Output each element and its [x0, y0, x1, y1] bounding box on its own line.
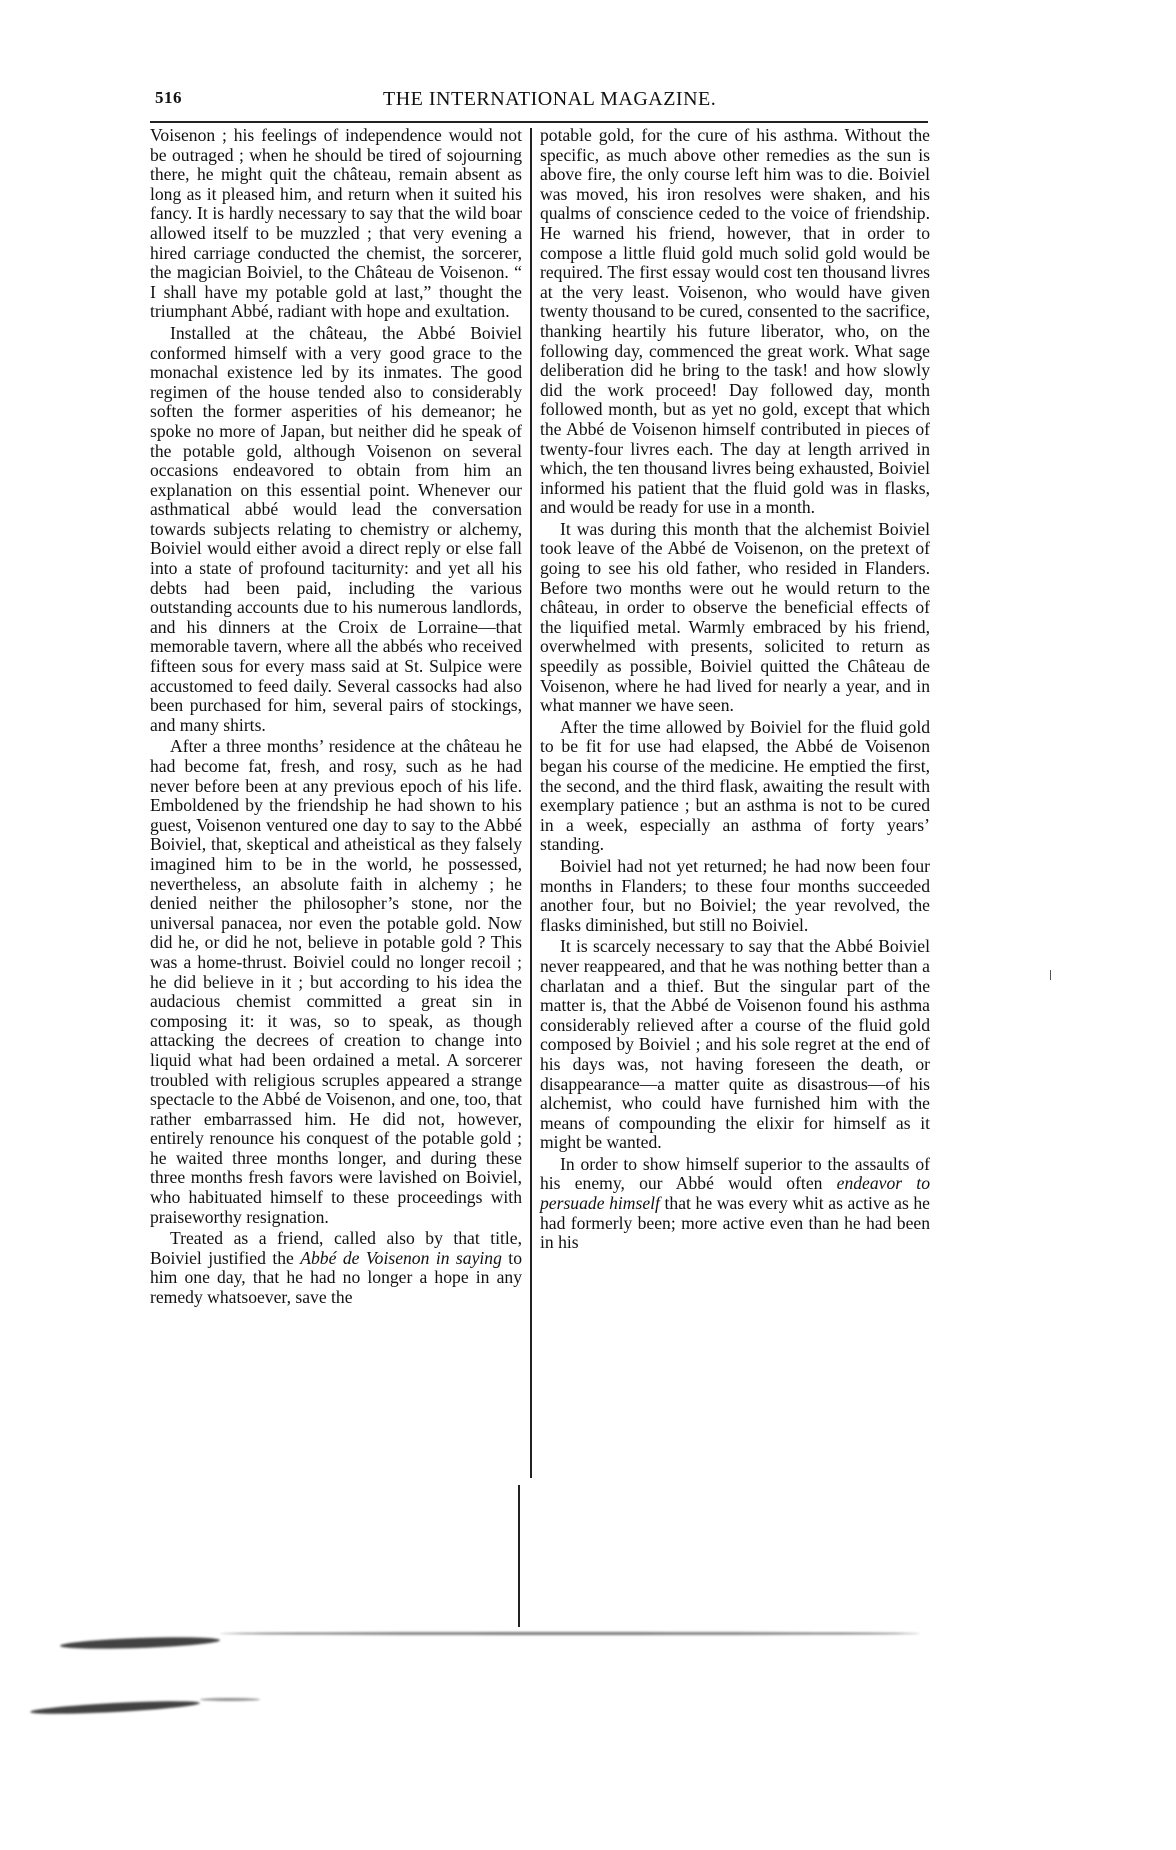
right-column: potable gold, for the cure of his asthma…	[540, 126, 930, 1253]
scan-artifact	[220, 1632, 920, 1635]
page-number: 516	[155, 88, 182, 108]
running-title: THE INTERNATIONAL MAGAZINE.	[383, 88, 716, 111]
magazine-page: 516 THE INTERNATIONAL MAGAZINE. Voisenon…	[0, 0, 1176, 1850]
paragraph: Boiviel had not yet returned; he had now…	[540, 857, 930, 935]
paragraph: After a three months’ residence at the c…	[150, 737, 522, 1227]
paragraph: potable gold, for the cure of his asthma…	[540, 126, 930, 518]
scan-artifact	[60, 1635, 220, 1651]
paragraph: Installed at the château, the Abbé Boivi…	[150, 324, 522, 735]
column-divider-lower	[518, 1485, 520, 1627]
scan-artifact	[200, 1698, 260, 1701]
column-divider	[530, 128, 532, 1478]
paragraph: After the time allowed by Boiviel for th…	[540, 718, 930, 855]
left-column: Voisenon ; his feelings of independence …	[150, 126, 522, 1308]
paragraph: Treated as a friend, called also by that…	[150, 1229, 522, 1307]
header-rule	[150, 121, 928, 123]
paragraph: Voisenon ; his feelings of independence …	[150, 126, 522, 322]
margin-mark	[1050, 970, 1051, 980]
italic-text-run: Abbé de Voisenon in saying	[300, 1248, 502, 1268]
paragraph: It was during this month that the alchem…	[540, 520, 930, 716]
page-header: 516 THE INTERNATIONAL MAGAZINE.	[155, 88, 925, 118]
paragraph: In order to show himself superior to the…	[540, 1155, 930, 1253]
paragraph: It is scarcely necessary to say that the…	[540, 937, 930, 1153]
scan-artifact	[30, 1699, 200, 1717]
